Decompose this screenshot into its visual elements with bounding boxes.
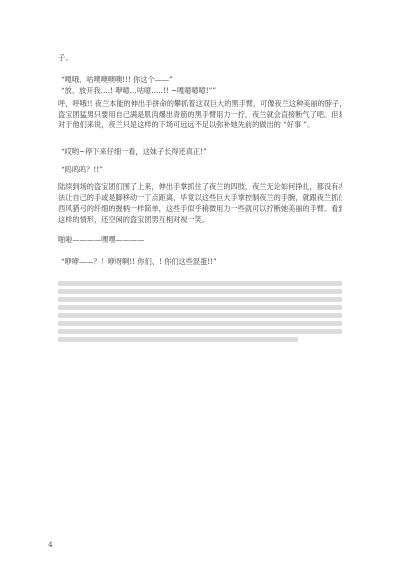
page-number: 4 [48,540,53,549]
redacted-line [58,297,342,302]
paragraph-1: 呼，呼哦!! 夜兰本能的伸出手拼命的攀抓着这双巨大的黑手臂，可像夜兰这种美丽的脖… [58,99,342,131]
document-page: 子。 “嘎哦、咕噗噢噢噢!!! 你这个——” “放、放开我….! 咿噫…咕噫….… [0,0,400,565]
text-line: 这样的情形，还空闲的盗宝团男互相对视一笑。 [58,214,342,225]
dialogue-line: “咿咿——？！咿呀啊!! 你们、! 你们这些混蛋!!” [61,257,345,268]
paragraph-3-redacted [58,278,342,345]
redacted-line [58,321,342,326]
redacted-line [58,337,298,342]
paragraph-2: 陆续到场的盗宝团们围了上来，伸出手掌抓住了夜兰的四肢，夜兰无论如何挣扎，都没有办… [58,181,342,225]
text-line: 对于他们来说，夜兰只是这样的下场可远远不足以弥补她先前的做出的 “好事 ”。 [58,120,342,131]
text-line: 啪啦————嘿嘿———— [58,235,342,246]
dialogue-line: “放、放开我….! 咿噫…咕噫…..!! ~嘎噫噫噫!”” [61,86,345,97]
text-line: 陆续到场的盗宝团们围了上来，伸出手掌抓住了夜兰的四肢，夜兰无论如何挣扎，都没有办 [58,181,342,192]
quote-1: “哎哟~停下来仔细一看，这妹子长得还真正!” [61,147,345,158]
sound-effect-line: 啪啦————嘿嘿———— [58,235,342,246]
text-line: 法让自己的手或是脚移动一丁点距离，毕竟以这些巨大手掌控制夜兰的手腕，就跟夜兰抓住 [58,192,342,203]
redacted-line [58,305,342,310]
text-line: 盗宝团猛男只要用自己满是肌肉爆出青筋的黑手臂用力一拧，夜兰就会直接断气了吧。但是 [58,110,342,121]
text-line: 西风猎弓的纤细的握柄一样简单，这些手似乎稍微用力一些就可以拧断她美丽的手臂。看到 [58,203,342,214]
text-line: 呼，呼哦!! 夜兰本能的伸出手拼命的攀抓着这双巨大的黑手臂，可像夜兰这种美丽的脖… [58,99,342,110]
dialogue-line: “呜呜呜？!!” [61,165,345,176]
redacted-line [58,289,342,294]
text-line: 子。 [58,53,342,64]
dialogue-line: “哎哟~停下来仔细一看，这妹子长得还真正!” [61,147,345,158]
quote-2: “呜呜呜？!!” [61,165,345,176]
redacted-line [58,281,342,286]
redacted-line [58,313,342,318]
continuation-line: 子。 [58,53,342,64]
dialogue-line: “嘎哦、咕噗噢噢噢!!! 你这个——” [61,75,345,86]
quote-3: “咿咿——？！咿呀啊!! 你们、! 你们这些混蛋!!” [61,257,345,268]
redacted-line [58,329,342,334]
dialogue-group-a: “嘎哦、咕噗噢噢噢!!! 你这个——” “放、放开我….! 咿噫…咕噫…..!!… [61,75,345,96]
